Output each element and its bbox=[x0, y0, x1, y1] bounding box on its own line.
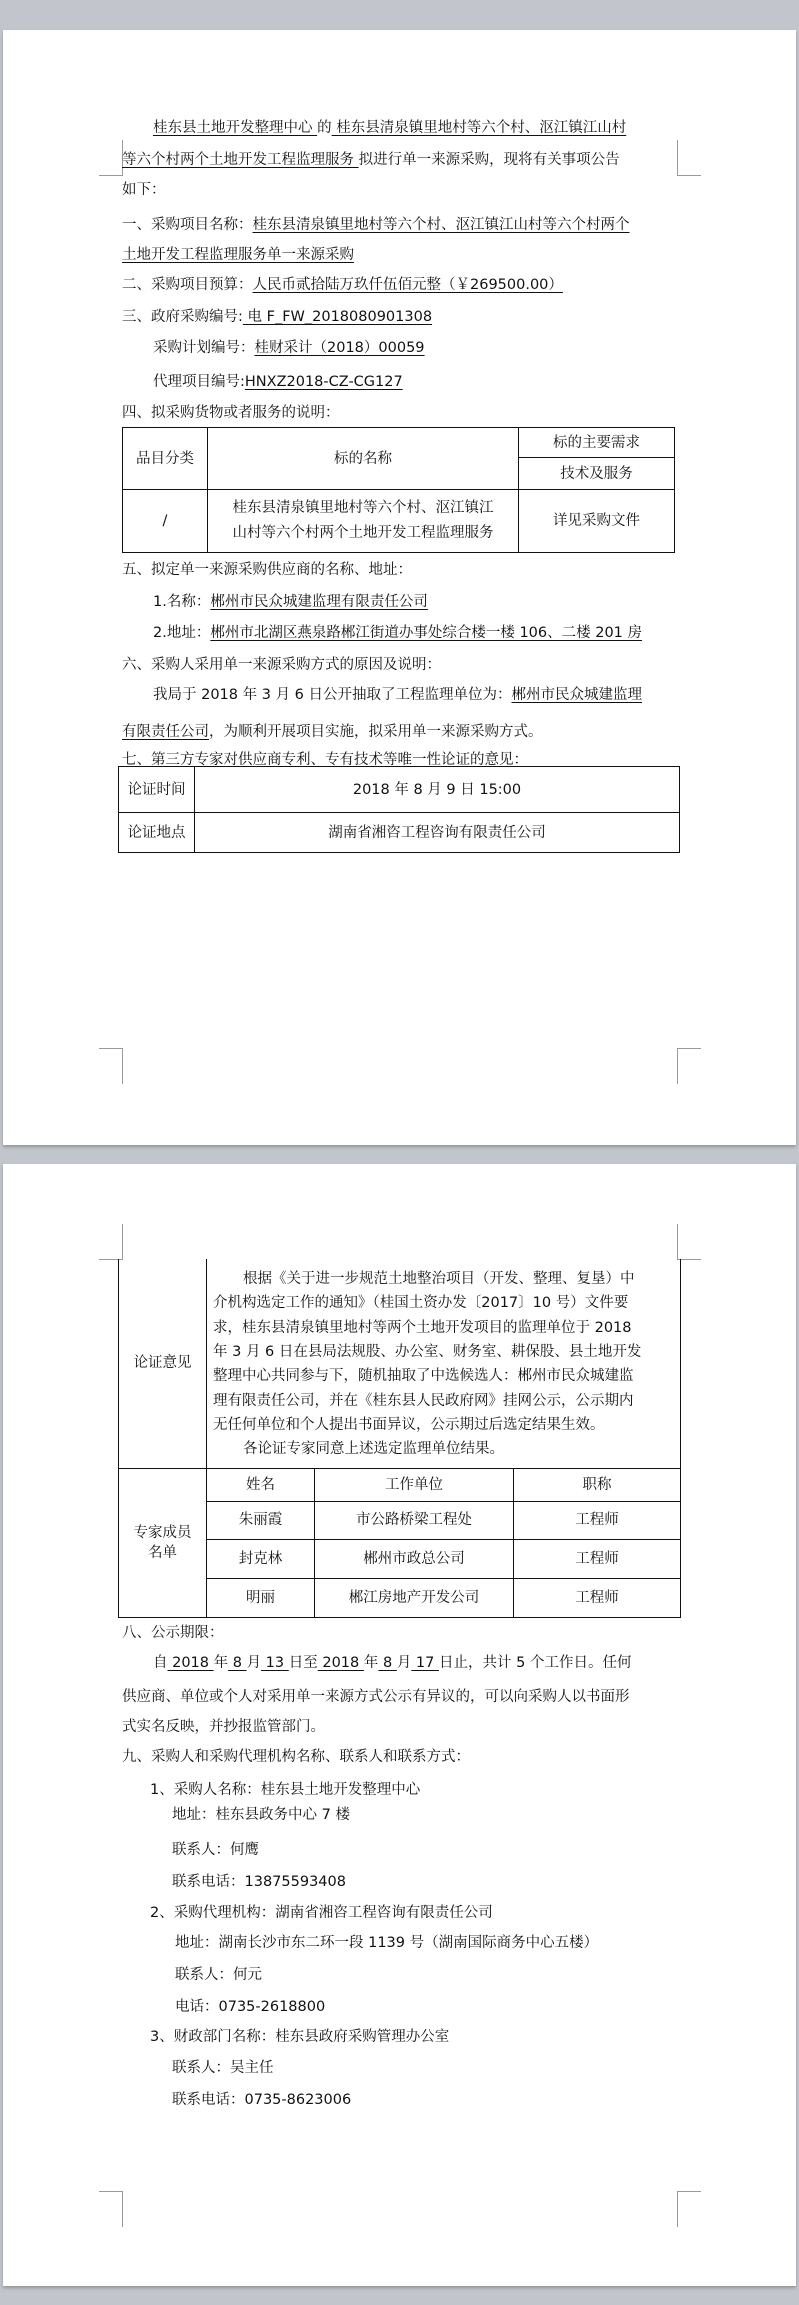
section-6-label: 六、采购人采用单一来源采购方式的原因及说明： bbox=[122, 655, 441, 675]
intro-line-3: 如下： bbox=[122, 180, 166, 200]
section-3-label: 三、政府采购编号: bbox=[122, 309, 243, 325]
opinion-line: 理有限责任公司，并在《桂东县人民政府网》挂网公示，公示期内 bbox=[213, 1389, 674, 1413]
opinion-line: 无任何单位和个人提出书面异议，公示期过后选定结果生效。 bbox=[213, 1413, 674, 1437]
agency-number-line: 代理项目编号:HNXZ2018-CZ-CG127 bbox=[153, 372, 403, 392]
start-year: 2018 bbox=[168, 1655, 214, 1671]
purchaser-name: 桂东县土地开发整理中心 bbox=[153, 120, 317, 136]
margin-mark-top-right bbox=[677, 140, 701, 176]
purchaser-address: 地址：桂东县政务中心 7 楼 bbox=[172, 1805, 350, 1825]
purchaser-contact: 联系人：何鹰 bbox=[172, 1840, 259, 1860]
time-label: 论证时间 bbox=[119, 767, 195, 813]
expert-name: 朱丽霞 bbox=[207, 1501, 315, 1539]
place-value: 湖南省湘咨工程咨询有限责任公司 bbox=[195, 813, 680, 853]
experts-header-unit: 工作单位 bbox=[315, 1468, 514, 1501]
section-8-label: 八、公示期限： bbox=[122, 1623, 224, 1643]
purchaser-phone: 联系电话：13875593408 bbox=[172, 1872, 346, 1892]
period-tail: 日止，共计 5 个工作日。任何 bbox=[439, 1655, 631, 1671]
opinion-conclusion: 各论证专家同意上述选定监理单位结果。 bbox=[213, 1437, 674, 1461]
margin-mark-bottom-right bbox=[677, 1048, 701, 1084]
goods-table: 品目分类 标的名称 标的主要需求 技术及服务 / 桂东县清泉镇里地村等六个村、沤… bbox=[122, 427, 675, 553]
section-2-label: 二、采购项目预算： bbox=[122, 277, 253, 293]
agency-contact: 联系人：何元 bbox=[175, 1965, 262, 1985]
section-3: 三、政府采购编号: 电 F_FW_2018080901308 bbox=[122, 307, 432, 327]
time-value: 2018 年 8 月 9 日 15:00 bbox=[195, 767, 680, 813]
cell-name: 桂东县清泉镇里地村等六个村、沤江镇江 山村等六个村两个土地开发工程监理服务 bbox=[208, 490, 519, 553]
opinion-paragraph: 根据《关于进一步规范土地整治项目（开发、整理、复垦）中 介机构选定工作的通知》（… bbox=[207, 1263, 680, 1463]
header-name: 标的名称 bbox=[208, 428, 519, 490]
opinion-line: 介机构选定工作的通知》（桂国土资办发〔2017〕10 号）文件要 bbox=[213, 1291, 674, 1315]
header-category: 品目分类 bbox=[123, 428, 208, 490]
expert-title: 工程师 bbox=[514, 1501, 681, 1539]
plan-number-line: 采购计划编号：桂财采计（2018）00059 bbox=[153, 338, 425, 358]
expert-unit: 郴州市政总公司 bbox=[315, 1539, 514, 1578]
start-day: 13 bbox=[261, 1655, 289, 1671]
purchaser-name-line: 1、采购人名称：桂东县土地开发整理中心 bbox=[150, 1780, 420, 1800]
opinion-line: 整理中心共同参与下，随机抽取了中选候选人：郴州市民众城建监 bbox=[213, 1364, 674, 1388]
intro-of: 的 bbox=[317, 120, 332, 136]
section-9-label: 九、采购人和采购代理机构名称、联系人和联系方式： bbox=[122, 1747, 470, 1767]
finance-contact: 联系人：吴主任 bbox=[172, 2058, 274, 2078]
day-to: 日至 bbox=[289, 1655, 318, 1671]
agency-name-line: 2、采购代理机构：湖南省湘咨工程咨询有限责任公司 bbox=[150, 1903, 493, 1923]
finance-name-line: 3、财政部门名称：桂东县政府采购管理办公室 bbox=[150, 2027, 449, 2047]
supplier-address-value: 郴州市北湖区燕泉路郴江街道办事处综合楼一楼 106、二楼 201 房 bbox=[210, 625, 642, 641]
end-month: 8 bbox=[378, 1655, 396, 1671]
section-6-text-line-2: 有限责任公司，为顺利开展项目实施，拟采用单一来源采购方式。 bbox=[122, 722, 543, 742]
supplier-address-label: 2.地址： bbox=[153, 625, 210, 641]
plan-number-label: 采购计划编号： bbox=[153, 340, 255, 356]
section-1: 一、采购项目名称：桂东县清泉镇里地村等六个村、沤江镇江山村等六个村两个 bbox=[122, 215, 630, 235]
expert-name: 封克林 bbox=[207, 1539, 315, 1578]
verification-table-page-1: 论证时间 2018 年 8 月 9 日 15:00 论证地点 湖南省湘咨工程咨询… bbox=[118, 766, 680, 853]
section-2: 二、采购项目预算：人民币贰拾陆万玖仟伍佰元整（￥269500.00） bbox=[122, 275, 563, 295]
experts-label-line-2: 名单 bbox=[119, 1543, 206, 1563]
year-char: 年 bbox=[214, 1655, 229, 1671]
budget-value: 人民币贰拾陆万玖仟伍佰元整（￥269500.00） bbox=[253, 277, 563, 293]
expert-unit: 郴江房地产开发公司 bbox=[315, 1578, 514, 1617]
publicity-period-line-1: 自 2018 年 8 月 13 日至 2018 年 8 月 17 日止，共计 5… bbox=[153, 1653, 631, 1673]
project-name-part1: 桂东县清泉镇里地村等六个村、沤江镇江山村 bbox=[332, 120, 627, 136]
publicity-period-line-2: 供应商、单位或个人对采用单一来源方式公示有异议的，可以向采购人以书面形 bbox=[122, 1687, 630, 1707]
expert-title: 工程师 bbox=[514, 1539, 681, 1578]
year-char: 年 bbox=[364, 1655, 379, 1671]
finance-phone: 联系电话：0735-8623006 bbox=[172, 2090, 351, 2110]
intro-tail: 拟进行单一来源采购，现将有关事项公告 bbox=[359, 152, 620, 168]
margin-mark-top-left bbox=[99, 140, 123, 176]
margin-mark-top-left bbox=[99, 1224, 123, 1260]
selected-supplier-part2: 有限责任公司 bbox=[122, 724, 209, 740]
project-name-part2: 等六个村两个土地开发工程监理服务 bbox=[122, 152, 359, 168]
place-label: 论证地点 bbox=[119, 813, 195, 853]
agency-number-value: HNXZ2018-CZ-CG127 bbox=[245, 374, 403, 390]
month-char: 月 bbox=[397, 1655, 412, 1671]
opinion-label: 论证意见 bbox=[119, 1259, 207, 1468]
section-6-text-line-1: 我局于 2018 年 3 月 6 日公开抽取了工程监理单位为：郴州市民众城建监理 bbox=[153, 685, 642, 705]
intro-line-2: 等六个村两个土地开发工程监理服务 拟进行单一来源采购，现将有关事项公告 bbox=[122, 150, 620, 170]
experts-label-line-1: 专家成员 bbox=[119, 1523, 206, 1543]
header-requirement-bottom: 技术及服务 bbox=[519, 458, 675, 490]
supplier-name-line: 1.名称：郴州市民众城建监理有限责任公司 bbox=[153, 592, 428, 612]
agency-address: 地址：湖南长沙市东二环一段 1139 号（湖南国际商务中心五楼） bbox=[175, 1933, 598, 1953]
month-char: 月 bbox=[247, 1655, 262, 1671]
section-4-label: 四、拟采购货物或者服务的说明： bbox=[122, 403, 340, 423]
opinion-line: 求，桂东县清泉镇里地村等两个土地开发项目的监理单位于 2018 bbox=[213, 1316, 674, 1340]
cell-category: / bbox=[123, 490, 208, 553]
supplier-address-line: 2.地址：郴州市北湖区燕泉路郴江街道办事处综合楼一楼 106、二楼 201 房 bbox=[153, 623, 642, 643]
experts-header-name: 姓名 bbox=[207, 1468, 315, 1501]
end-year: 2018 bbox=[318, 1655, 364, 1671]
opinion-line: 年 3 月 6 日在县局法规股、办公室、财务室、耕保股、县土地开发 bbox=[213, 1340, 674, 1364]
expert-unit: 市公路桥梁工程处 bbox=[315, 1501, 514, 1539]
cell-requirement: 详见采购文件 bbox=[519, 490, 675, 553]
supplier-name-label: 1.名称： bbox=[153, 594, 210, 610]
table-row: / 桂东县清泉镇里地村等六个村、沤江镇江 山村等六个村两个土地开发工程监理服务 … bbox=[123, 490, 675, 553]
expert-name: 明丽 bbox=[207, 1578, 315, 1617]
verification-table-page-2: 论证意见 根据《关于进一步规范土地整治项目（开发、整理、复垦）中 介机构选定工作… bbox=[118, 1259, 681, 1618]
margin-mark-top-right bbox=[677, 1224, 701, 1260]
project-name: 桂东县清泉镇里地村等六个村、沤江镇江山村等六个村两个 bbox=[253, 217, 630, 233]
agency-number-label: 代理项目编号: bbox=[153, 374, 245, 390]
experts-label: 专家成员 名单 bbox=[119, 1468, 207, 1617]
end-day: 17 bbox=[411, 1655, 439, 1671]
section-5-label: 五、拟定单一来源采购供应商的名称、地址： bbox=[122, 560, 412, 580]
experts-header-title: 职称 bbox=[514, 1468, 681, 1501]
margin-mark-bottom-left bbox=[99, 2191, 123, 2227]
intro-line-1: 桂东县土地开发整理中心 的 桂东县清泉镇里地村等六个村、沤江镇江山村 bbox=[153, 118, 626, 138]
margin-mark-bottom-left bbox=[99, 1048, 123, 1084]
opinion-cell: 根据《关于进一步规范土地整治项目（开发、整理、复垦）中 介机构选定工作的通知》（… bbox=[207, 1259, 681, 1468]
section-6-text-tail: ，为顺利开展项目实施，拟采用单一来源采购方式。 bbox=[209, 724, 543, 740]
publicity-period-line-3: 式实名反映，并抄报监管部门。 bbox=[122, 1717, 325, 1737]
cell-name-line-2: 山村等六个村两个土地开发工程监理服务 bbox=[208, 521, 518, 546]
expert-title: 工程师 bbox=[514, 1578, 681, 1617]
margin-mark-bottom-right bbox=[677, 2191, 701, 2227]
opinion-line: 根据《关于进一步规范土地整治项目（开发、整理、复垦）中 bbox=[213, 1267, 674, 1291]
section-1-label: 一、采购项目名称： bbox=[122, 217, 253, 233]
plan-number-value: 桂财采计（2018）00059 bbox=[255, 340, 425, 356]
header-requirement-top: 标的主要需求 bbox=[519, 428, 675, 458]
gov-procurement-number: 电 F_FW_2018080901308 bbox=[243, 309, 432, 325]
from-prefix: 自 bbox=[153, 1655, 168, 1671]
project-name-line-2: 土地开发工程监理服务单一来源采购 bbox=[122, 245, 354, 265]
agency-phone: 电话：0735-2618800 bbox=[175, 1997, 325, 2017]
supplier-name-value: 郴州市民众城建监理有限责任公司 bbox=[210, 594, 428, 610]
section-6-text: 我局于 2018 年 3 月 6 日公开抽取了工程监理单位为： bbox=[153, 687, 512, 703]
start-month: 8 bbox=[228, 1655, 246, 1671]
selected-supplier-part1: 郴州市民众城建监理 bbox=[512, 687, 643, 703]
cell-name-line-1: 桂东县清泉镇里地村等六个村、沤江镇江 bbox=[208, 496, 518, 521]
